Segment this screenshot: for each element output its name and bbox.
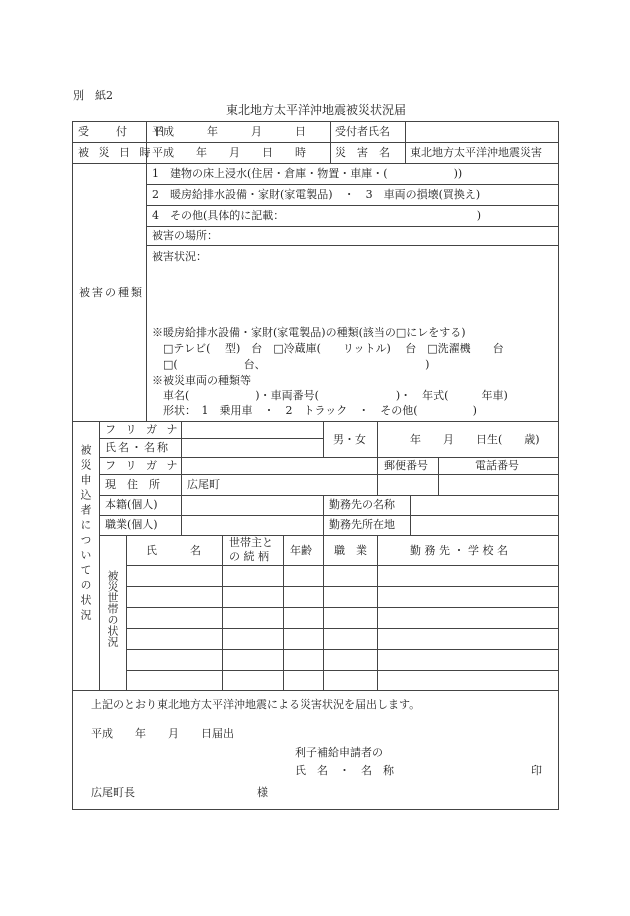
furigana-label: フ リ ガ ナ [105, 423, 181, 436]
receiver-name-label: 受付者氏名 [335, 125, 390, 138]
postal-code-label: 郵便番号 [384, 459, 428, 472]
employer-name-label: 勤務先の名称 [329, 498, 395, 511]
gender-select[interactable]: 男・女 [333, 433, 366, 446]
name-label: 氏名・名称 [105, 441, 170, 454]
col-employer-school: 勤 務 先 ・ 学 校 名 [410, 544, 508, 557]
appliance-checkboxes[interactable]: □テレビ( 型) 台 □冷蔵庫( リットル) 台 □洗濯機 台 [152, 342, 504, 355]
appliance-note: ※暖房給排水設備・家財(家電製品)の種類(該当の□にレをする) [152, 326, 466, 339]
applicant-name-label: 氏 名 ・ 名 称 [295, 764, 394, 777]
birthdate-field[interactable]: 年 月 日生( 歳) [410, 433, 540, 446]
occupation-field[interactable] [182, 516, 322, 534]
receipt-date-field[interactable]: 平成 年 月 日 [152, 125, 306, 138]
seal-label: 印 [531, 764, 542, 777]
vehicle-shape[interactable]: 形状： 1 乗用車 ・ 2 トラック ・ その他( ) [152, 404, 477, 417]
vehicle-note: ※被災車両の種類等 [152, 374, 251, 387]
household-row[interactable] [127, 587, 558, 607]
col-occupation: 職 業 [334, 544, 367, 557]
occupation-label: 職業(個人) [105, 518, 158, 531]
household-row[interactable] [127, 629, 558, 649]
damage-location-field[interactable]: 被害の場所： [152, 229, 218, 242]
employer-address-field[interactable] [411, 516, 558, 534]
form-title: 東北地方太平洋沖地震被災状況届 [226, 104, 406, 117]
domicile-field[interactable] [182, 496, 322, 514]
disaster-name-value: 東北地方太平洋沖地震災害 [410, 146, 542, 159]
disaster-date-label: 被 災 日 時 [78, 146, 154, 159]
damage-item-2[interactable]: 2 暖房給排水設備・家財(家電製品) ・ 3 車両の損壊(買換え) [152, 188, 480, 201]
damage-type-label: 被害の種類 [79, 286, 144, 299]
postal-code-field[interactable] [378, 475, 437, 494]
address-label: 現 住 所 [105, 478, 160, 491]
household-row[interactable] [127, 608, 558, 628]
name-field[interactable] [182, 439, 322, 456]
disaster-name-label: 災 害 名 [335, 146, 390, 159]
disaster-date-field[interactable]: 平成 年 月 日 時 [152, 146, 306, 159]
damage-item-4[interactable]: 4 その他(具体的に記載： ) [152, 209, 481, 222]
vehicle-info[interactable]: 車名( )・車両番号( )・ 年式( 年車) [152, 389, 508, 402]
employer-name-field[interactable] [411, 496, 558, 514]
address-field[interactable]: 広尾町 [187, 478, 220, 491]
honorific-label: 様 [257, 786, 268, 799]
furigana2-label: フ リ ガ ナ [105, 459, 181, 472]
col-relation: 世帯主と の 続 柄 [229, 536, 273, 564]
receiver-name-field[interactable] [406, 122, 558, 142]
household-row[interactable] [127, 671, 558, 690]
col-age: 年齢 [290, 544, 312, 557]
damage-item-1[interactable]: 1 建物の床上浸水(住居・倉庫・物置・車庫・( )) [152, 167, 462, 180]
declaration-text: 上記のとおり東北地方太平洋沖地震による災害状況を届出します。 [91, 698, 420, 711]
col-name: 氏 名 [146, 544, 201, 557]
annex-label: 別 紙2 [73, 89, 113, 102]
damage-status-field[interactable]: 被害状況： [152, 250, 207, 263]
mayor-label: 広尾町長 [91, 786, 135, 799]
household-row[interactable] [127, 566, 558, 586]
domicile-label: 本籍(個人) [105, 498, 158, 511]
phone-label: 電話番号 [475, 459, 519, 472]
employer-address-label: 勤務先所在地 [329, 518, 395, 531]
household-row[interactable] [127, 650, 558, 670]
furigana-field[interactable] [182, 422, 322, 438]
phone-field[interactable] [439, 475, 558, 494]
appliance-other[interactable]: □( 台、 ) [152, 358, 429, 371]
household-label: 被災世帯の状況 [106, 570, 119, 660]
applicant-section-label: 被災申込者についての状況 [79, 444, 92, 674]
applicant-label-1: 利子補給申請者の [295, 746, 383, 759]
filing-date-field[interactable]: 平成 年 月 日届出 [91, 727, 234, 740]
